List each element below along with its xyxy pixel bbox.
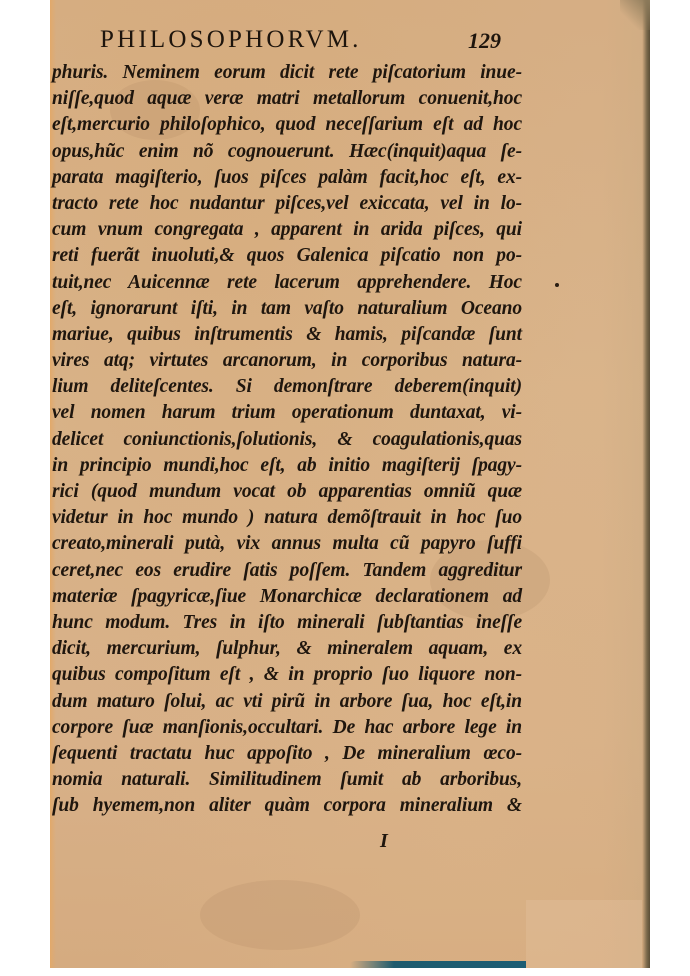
book-page: PHILOSOPHORVM. 129 phuris. Neminem eorum…: [50, 0, 650, 968]
text-line: dicit, mercurium, ſulphur, & mineralem a…: [52, 636, 522, 662]
text-line: creato,minerali putà, vix annus multa cũ…: [52, 531, 522, 557]
body-text: phuris. Neminem eorum dicit rete piſcato…: [52, 60, 522, 819]
page-number: 129: [468, 28, 501, 54]
text-line: vires atq; virtutes arcanorum, in corpor…: [52, 348, 522, 374]
text-line: materiæ ſpagyricæ,ſiue Monarchicæ declar…: [52, 584, 522, 610]
text-line: nomia naturali. Similitudinem ſumit ab a…: [52, 767, 522, 793]
text-line: reti fuerãt inuoluti,& quos Galenica piſ…: [52, 243, 522, 269]
paper-discoloration: [526, 900, 642, 968]
bookmark-tab: [350, 961, 526, 968]
text-line: mariue, quibus inſtrumentis & hamis, piſ…: [52, 322, 522, 348]
text-line: tuit,nec Auicennæ rete lacerum apprehend…: [52, 270, 522, 296]
text-line: videtur in hoc mundo ) natura demõſtraui…: [52, 505, 522, 531]
ink-spot: [555, 283, 559, 287]
text-line: quibus compoſitum eſt , & in proprio ſuo…: [52, 662, 522, 688]
text-line: dum maturo ſolui, ac vti pirũ in arbore …: [52, 689, 522, 715]
text-line: corpore ſuæ manſionis,occultari. De hac …: [52, 715, 522, 741]
text-line: niſſe,quod aquæ veræ matri metallorum co…: [52, 86, 522, 112]
running-head: PHILOSOPHORVM.: [100, 26, 436, 54]
text-line: eſt,mercurio philoſophico, quod neceſſar…: [52, 112, 522, 138]
text-line: parata magiſterio, ſuos piſces palàm fac…: [52, 165, 522, 191]
text-line: rici (quod mundum vocat ob apparentias o…: [52, 479, 522, 505]
text-line: eſt, ignorarunt iſti, in tam vaſto natur…: [52, 296, 522, 322]
page-edge-shading: [602, 0, 642, 968]
text-line: ceret,nec eos erudire ſatis poſſem. Tand…: [52, 558, 522, 584]
text-line: vel nomen harum trium operationum duntax…: [52, 400, 522, 426]
text-line: opus,hũc enim nõ cognouerunt. Hæc(inquit…: [52, 139, 522, 165]
text-line: ſequenti tractatu huc appoſito , De mine…: [52, 741, 522, 767]
text-line: in principio mundi,hoc eſt, ab initio ma…: [52, 453, 522, 479]
corner-fold: [620, 0, 650, 30]
text-line: cum vnum congregata , apparent in arida …: [52, 217, 522, 243]
paper-stain: [200, 880, 360, 950]
text-line: phuris. Neminem eorum dicit rete piſcato…: [52, 60, 522, 86]
text-line: delicet coniunctionis,ſolutionis, & coag…: [52, 427, 522, 453]
catchword: I: [380, 830, 388, 853]
text-line: tracto rete hoc nudantur piſces,vel exic…: [52, 191, 522, 217]
text-line: ſub hyemem,non aliter quàm corpora miner…: [52, 793, 522, 819]
text-line: lium deliteſcentes. Si demonſtrare deber…: [52, 374, 522, 400]
text-line: hunc modum. Tres in iſto minerali ſubſta…: [52, 610, 522, 636]
page-right-edge: [642, 0, 650, 968]
